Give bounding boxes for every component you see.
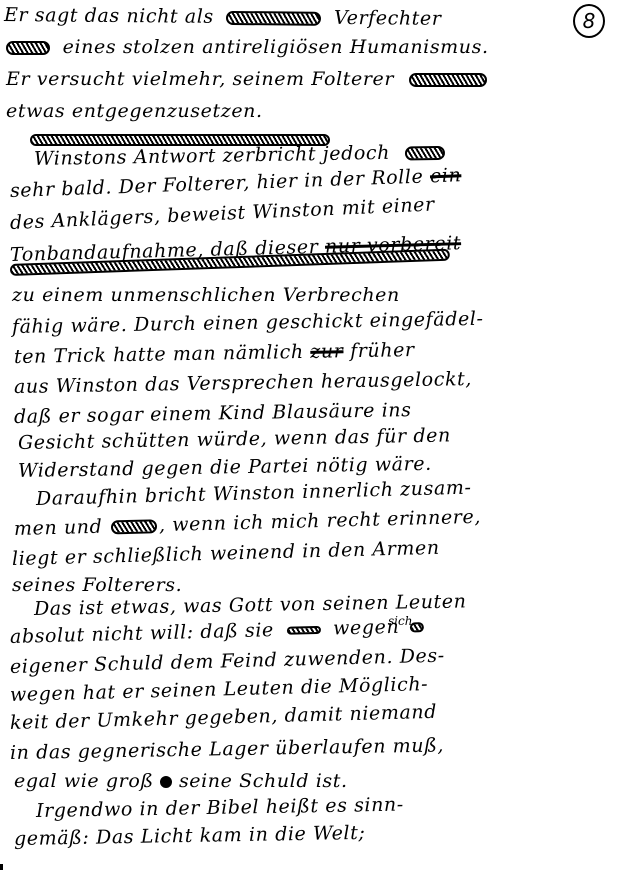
line-text: daß er sogar einem Kind Blausäure ins <box>14 399 412 428</box>
text-line: wegen hat er seinen Leuten die Möglich- <box>10 673 429 706</box>
text-line: etwas entgegenzusetzen. <box>6 100 263 122</box>
text-line: Er versucht vielmehr, seinem Folterer <box>6 68 487 90</box>
line-text: Irgendwo in der Bibel heißt es sinn- <box>36 794 404 822</box>
scribble-out <box>409 73 487 87</box>
text-line: seines Folterers. <box>12 574 182 596</box>
text-line: Irgendwo in der Bibel heißt es sinn- <box>36 794 404 822</box>
line-text: men und <box>14 516 103 540</box>
margin-mark <box>0 864 3 870</box>
line-text: seine Schuld ist. <box>179 770 348 792</box>
line-text: absolut nicht will: daß sie <box>10 619 274 648</box>
text-line: keit der Umkehr gegeben, damit niemand <box>10 701 438 734</box>
scribble-out <box>410 622 424 632</box>
text-line: aus Winston das Versprechen herausgelock… <box>14 368 472 398</box>
text-line: men und , wenn ich mich recht erinnere, <box>14 506 482 540</box>
scribble-out <box>6 41 50 55</box>
text-line: Gesicht schütten würde, wenn das für den <box>18 424 451 454</box>
text-line: zu einem unmenschlichen Verbrechen <box>12 284 400 306</box>
scribble-out <box>111 519 157 534</box>
text-line: Widerstand gegen die Partei nötig wäre. <box>18 453 432 482</box>
text-line: eines stolzen antireligiösen Humanismus. <box>6 36 489 58</box>
ink-blot <box>160 776 172 788</box>
line-text: früher <box>350 339 415 362</box>
line-text: fähig wäre. Durch einen geschickt eingef… <box>12 308 484 338</box>
line-text: Er versucht vielmehr, seinem Folterer <box>6 68 394 90</box>
line-text: Gesicht schütten würde, wenn das für den <box>18 424 451 454</box>
line-text: egal wie groß <box>14 770 154 792</box>
line-text: wegen hat er seinen Leuten die Möglich- <box>10 673 429 706</box>
scribble-out <box>405 146 445 161</box>
text-line: daß er sogar einem Kind Blausäure ins <box>14 399 412 428</box>
text-line: Daraufhin bricht Winston innerlich zusam… <box>36 477 472 510</box>
page-number: 8 <box>573 4 605 38</box>
text-line: Er sagt das nicht als Verfechter <box>4 4 442 30</box>
line-text: in das gegnerische Lager überlaufen muß, <box>10 734 444 764</box>
line-text: wegen <box>333 616 400 640</box>
text-line: liegt er schließlich weinend in den Arme… <box>12 537 440 570</box>
text-line: egal wie groß seine Schuld ist. <box>14 770 348 792</box>
line-text: Er sagt das nicht als <box>4 4 214 28</box>
text-line: gemäß: Das Licht kam in die Welt; <box>14 822 366 850</box>
text-line: eigener Schuld dem Feind zuwenden. Des- <box>10 645 445 678</box>
line-text: eines stolzen antireligiösen Humanismus. <box>63 36 489 58</box>
line-text: , wenn ich mich recht erinnere, <box>159 506 482 536</box>
line-text: Widerstand gegen die Partei nötig wäre. <box>18 453 432 482</box>
line-text: zu einem unmenschlichen Verbrechen <box>12 284 400 306</box>
text-line: absolut nicht will: daß sie wegen <box>10 615 424 648</box>
struck-word: ein <box>430 164 462 187</box>
line-text: Daraufhin bricht Winston innerlich zusam… <box>36 477 472 510</box>
handwritten-page: 8 Er sagt das nicht als Verfechter eines… <box>0 0 638 877</box>
text-line: ten Trick hatte man nämlich zur früher <box>14 339 415 368</box>
text-line: in das gegnerische Lager überlaufen muß, <box>10 734 444 764</box>
text-line: fähig wäre. Durch einen geschickt eingef… <box>12 308 484 338</box>
line-text: seines Folterers. <box>12 574 182 596</box>
scribble-out <box>286 626 320 635</box>
line-text: gemäß: Das Licht kam in die Welt; <box>14 822 366 850</box>
line-text: Verfechter <box>334 7 442 30</box>
line-text: eigener Schuld dem Feind zuwenden. Des- <box>10 645 445 678</box>
struck-word: zur <box>310 340 344 363</box>
line-text: liegt er schließlich weinend in den Arme… <box>12 537 440 570</box>
line-text: keit der Umkehr gegeben, damit niemand <box>10 701 438 734</box>
line-text: ten Trick hatte man nämlich <box>14 341 304 368</box>
scribble-out <box>226 11 321 26</box>
line-text: etwas entgegenzusetzen. <box>6 100 263 122</box>
line-text: aus Winston das Versprechen herausgelock… <box>14 368 472 398</box>
